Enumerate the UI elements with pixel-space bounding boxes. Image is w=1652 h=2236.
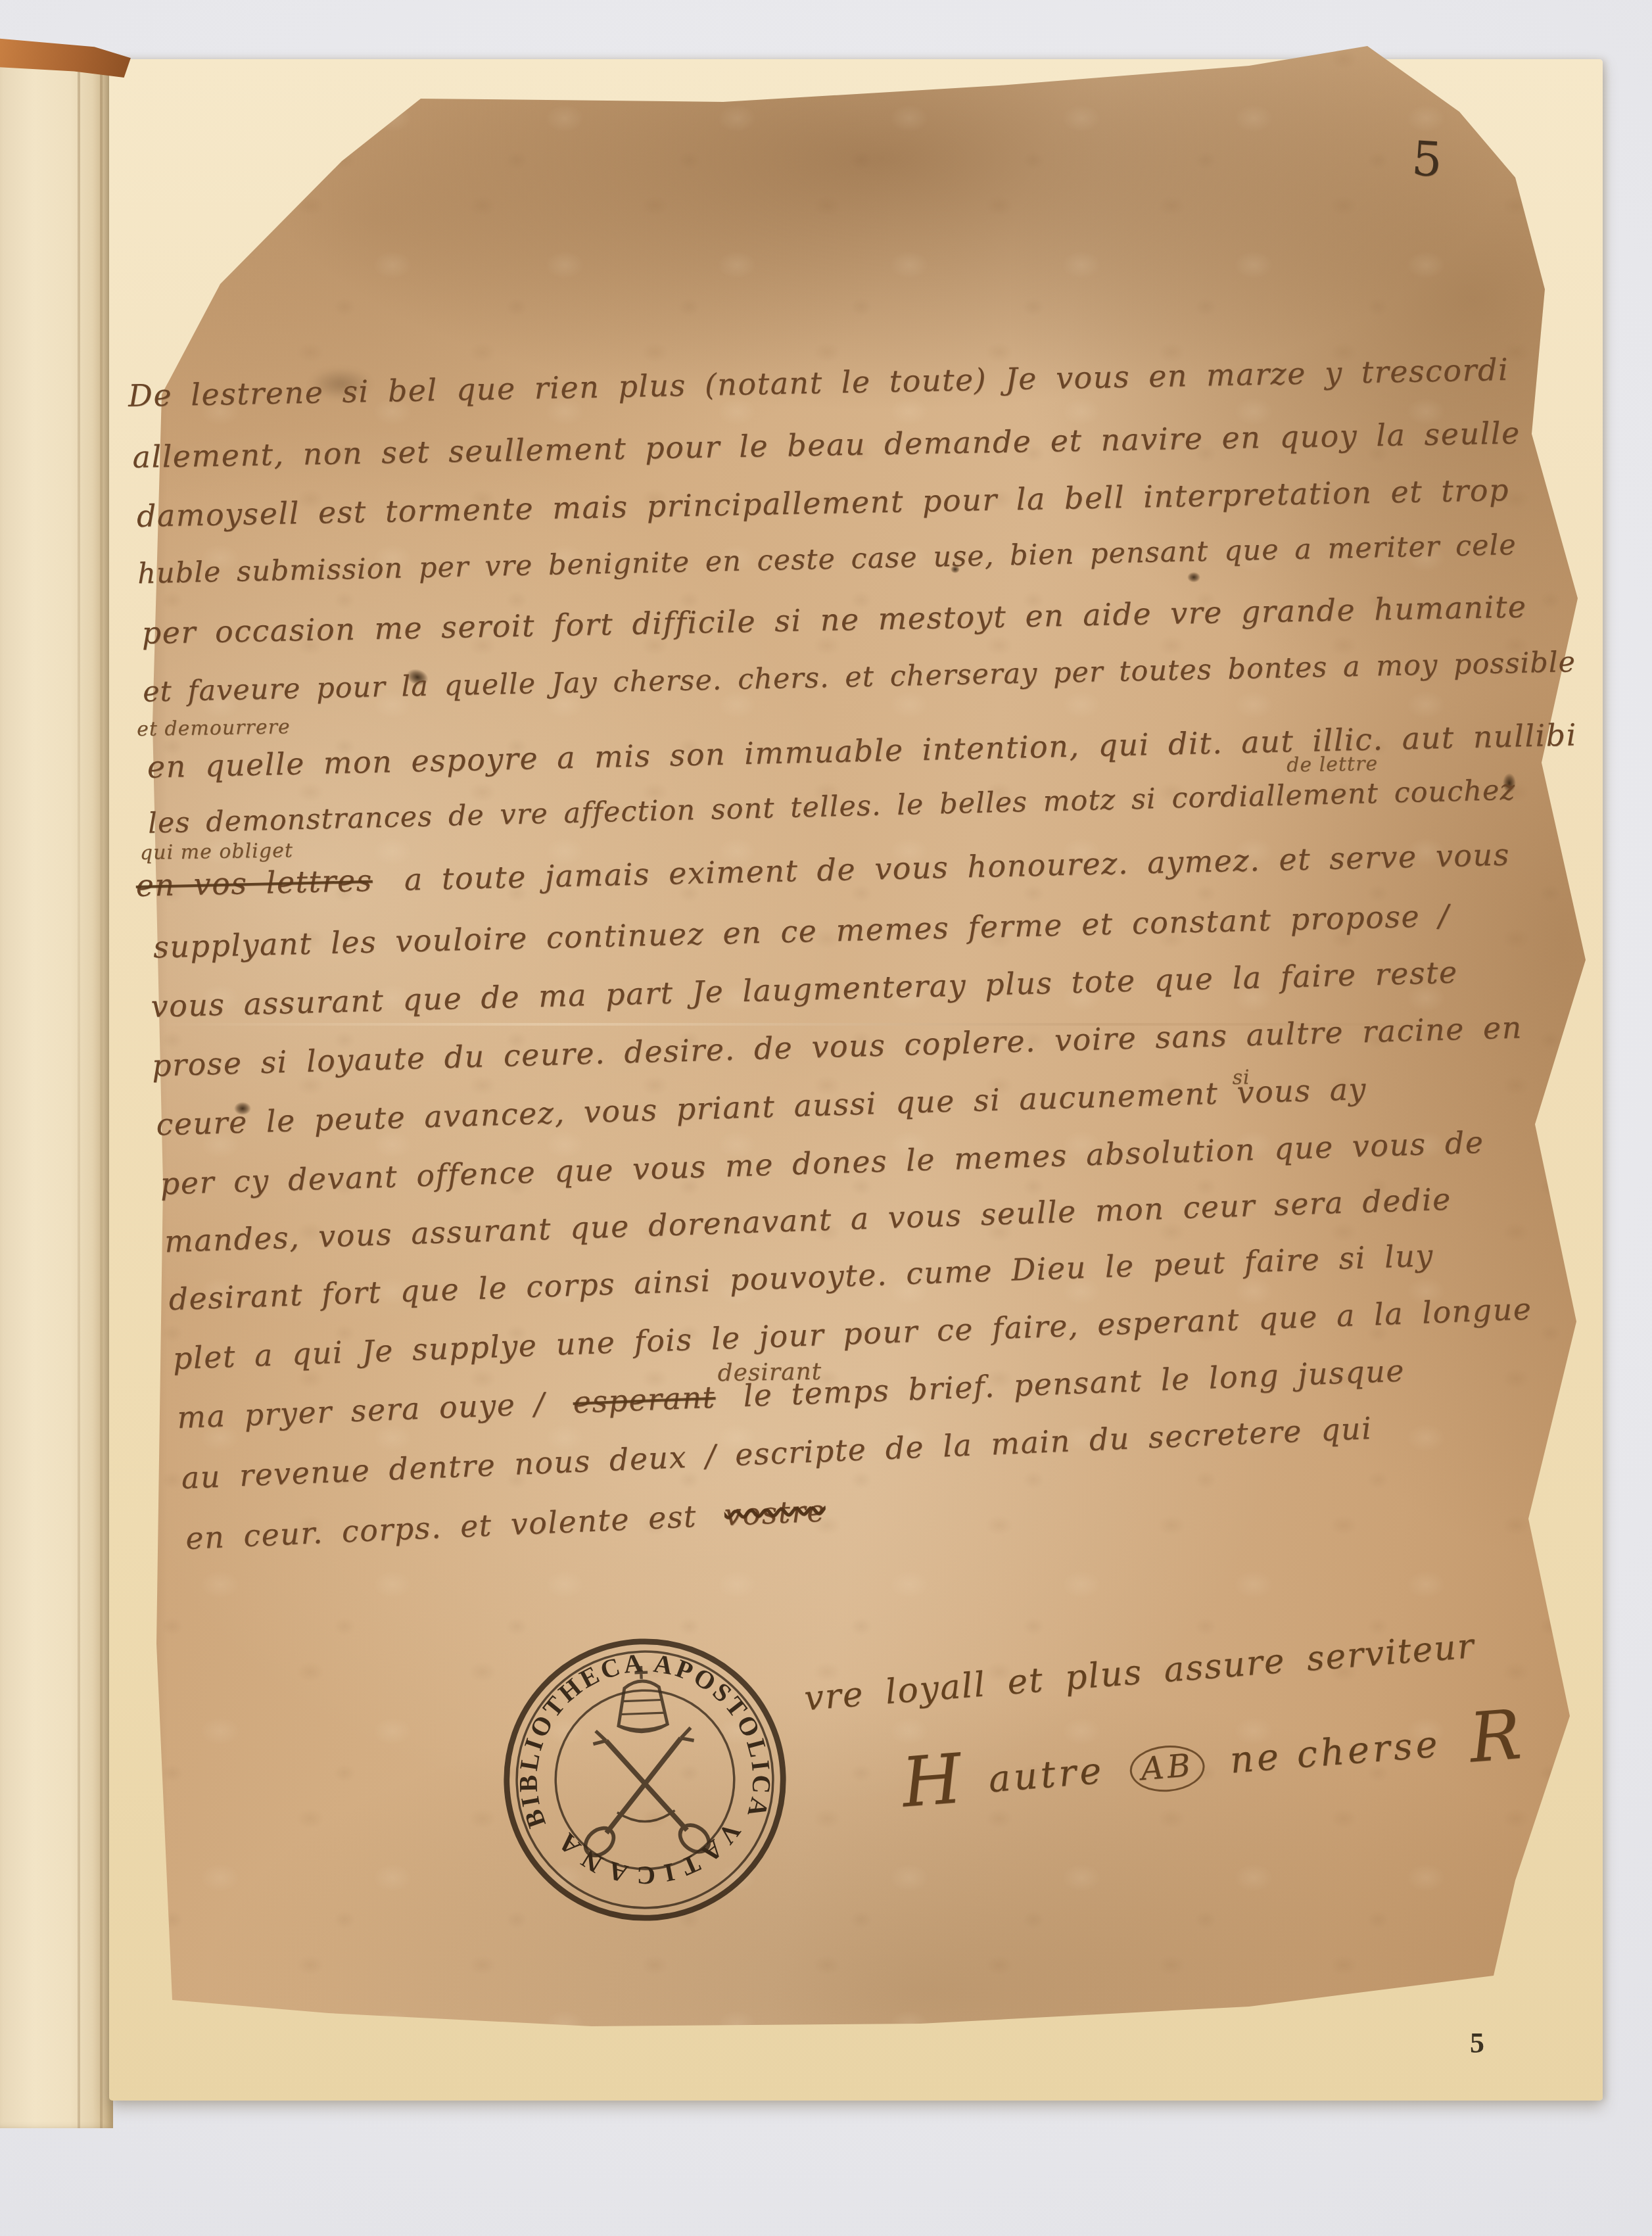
left-page-edge [0,60,113,2128]
manuscript-scan: BIBLIOTHECA APOSTOLICA VATICANA 5 5 [0,0,1652,2236]
ink-blot [234,1102,251,1115]
stamp-graphic: BIBLIOTHECA APOSTOLICA VATICANA [496,1630,793,1928]
page-edge-crease [100,60,103,2128]
fold-line [151,1023,1512,1026]
stamp-text-bottom: VATICANA [547,1816,748,1893]
ink-blot [1187,572,1200,583]
ink-smudge [309,368,372,400]
ink-blot [1503,773,1516,793]
manuscript-page [112,39,1591,2032]
ink-blot [951,565,960,573]
folio-number-bottom: 5 [1470,2026,1484,2060]
folio-number-top: 5 [1410,131,1444,188]
library-stamp: BIBLIOTHECA APOSTOLICA VATICANA [496,1630,793,1928]
page-edge-crease [78,60,80,2128]
crossed-keys-icon [576,1727,715,1862]
